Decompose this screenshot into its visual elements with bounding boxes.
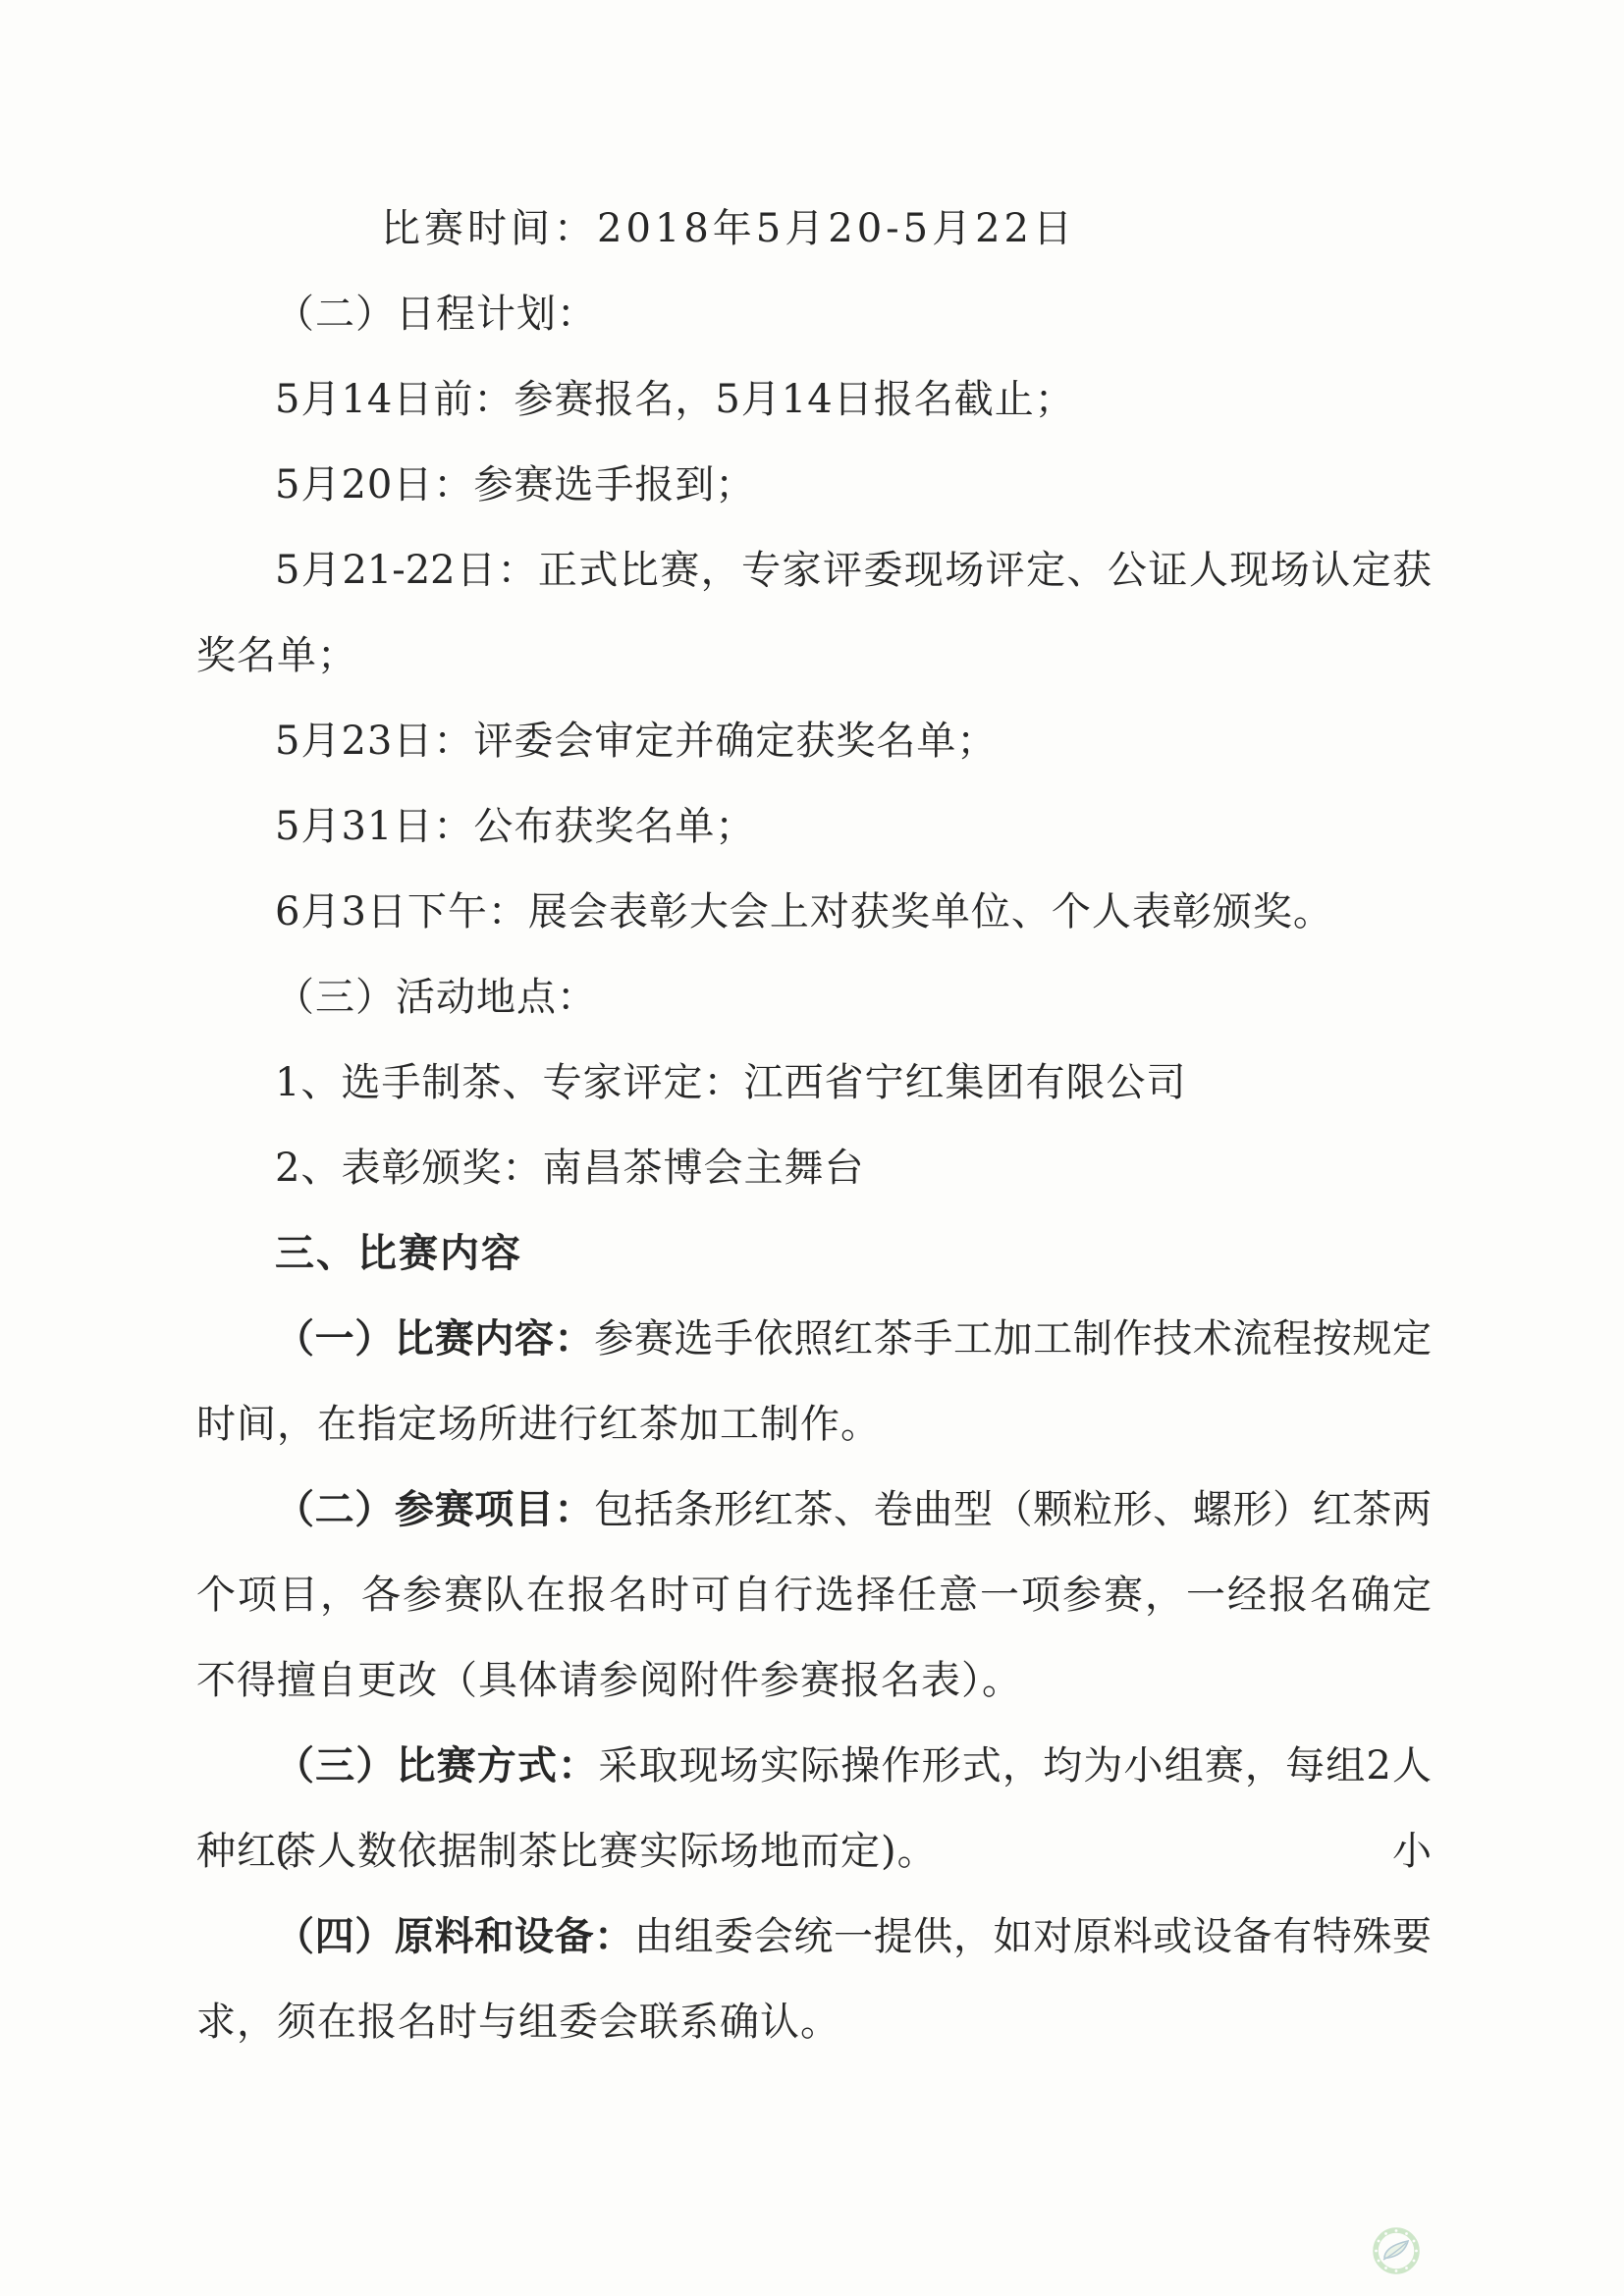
text-line: 6月3日下午：展会表彰大会上对获奖单位、个人表彰颁奖。 [196, 870, 1432, 955]
text-line: （二）日程计划： [196, 272, 1432, 357]
text-line: 求，须在报名时与组委会联系确认。 [196, 1980, 1432, 2065]
text-line: 比赛时间：2018年5月20-5月22日 [196, 187, 1432, 272]
paragraph-label: （三）比赛方式： [275, 1743, 598, 1789]
paragraph-label: （二）参赛项目： [275, 1487, 594, 1532]
paragraph-label: （一）比赛内容： [275, 1316, 594, 1362]
text-line: 时间，在指定场所进行红茶加工制作。 [196, 1382, 1432, 1468]
text-line: 5月23日：评委会审定并确定获奖名单； [196, 699, 1432, 784]
text-line: （四）原料和设备：由组委会统一提供，如对原料或设备有特殊要 [196, 1895, 1432, 1980]
section-heading: 三、比赛内容 [196, 1211, 1432, 1297]
leaf-stamp-icon [1371, 2224, 1422, 2277]
text-line: 5月21-22日：正式比赛，专家评委现场评定、公证人现场认定获 [196, 528, 1432, 614]
text-line: （二）参赛项目：包括条形红茶、卷曲型（颗粒形、螺形）红茶两 [196, 1468, 1432, 1553]
text-line: （一）比赛内容：参赛选手依照红茶手工加工制作技术流程按规定 [196, 1297, 1432, 1382]
text-line: 2、表彰颁奖：南昌茶博会主舞台 [196, 1126, 1432, 1211]
text-line: （三）活动地点： [196, 955, 1432, 1041]
text-line: 个项目，各参赛队在报名时可自行选择任意一项参赛，一经报名确定 [196, 1553, 1432, 1638]
paragraph-label: （四）原料和设备： [275, 1914, 634, 1959]
text-line: 奖名单； [196, 614, 1432, 699]
text-line: 5月14日前：参赛报名，5月14日报名截止； [196, 357, 1432, 443]
document-body: 比赛时间：2018年5月20-5月22日（二）日程计划：5月14日前：参赛报名，… [196, 187, 1432, 2065]
scanned-page: 比赛时间：2018年5月20-5月22日（二）日程计划：5月14日前：参赛报名，… [0, 0, 1624, 2296]
text-line: 5月20日：参赛选手报到； [196, 443, 1432, 528]
text-line: （三）比赛方式：采取现场实际操作形式，均为小组赛，每组2人(小 [196, 1724, 1432, 1809]
text-line: 不得擅自更改（具体请参阅附件参赛报名表）。 [196, 1638, 1432, 1724]
text-line: 1、选手制茶、专家评定：江西省宁红集团有限公司 [196, 1041, 1432, 1126]
text-line: 5月31日：公布获奖名单； [196, 784, 1432, 870]
